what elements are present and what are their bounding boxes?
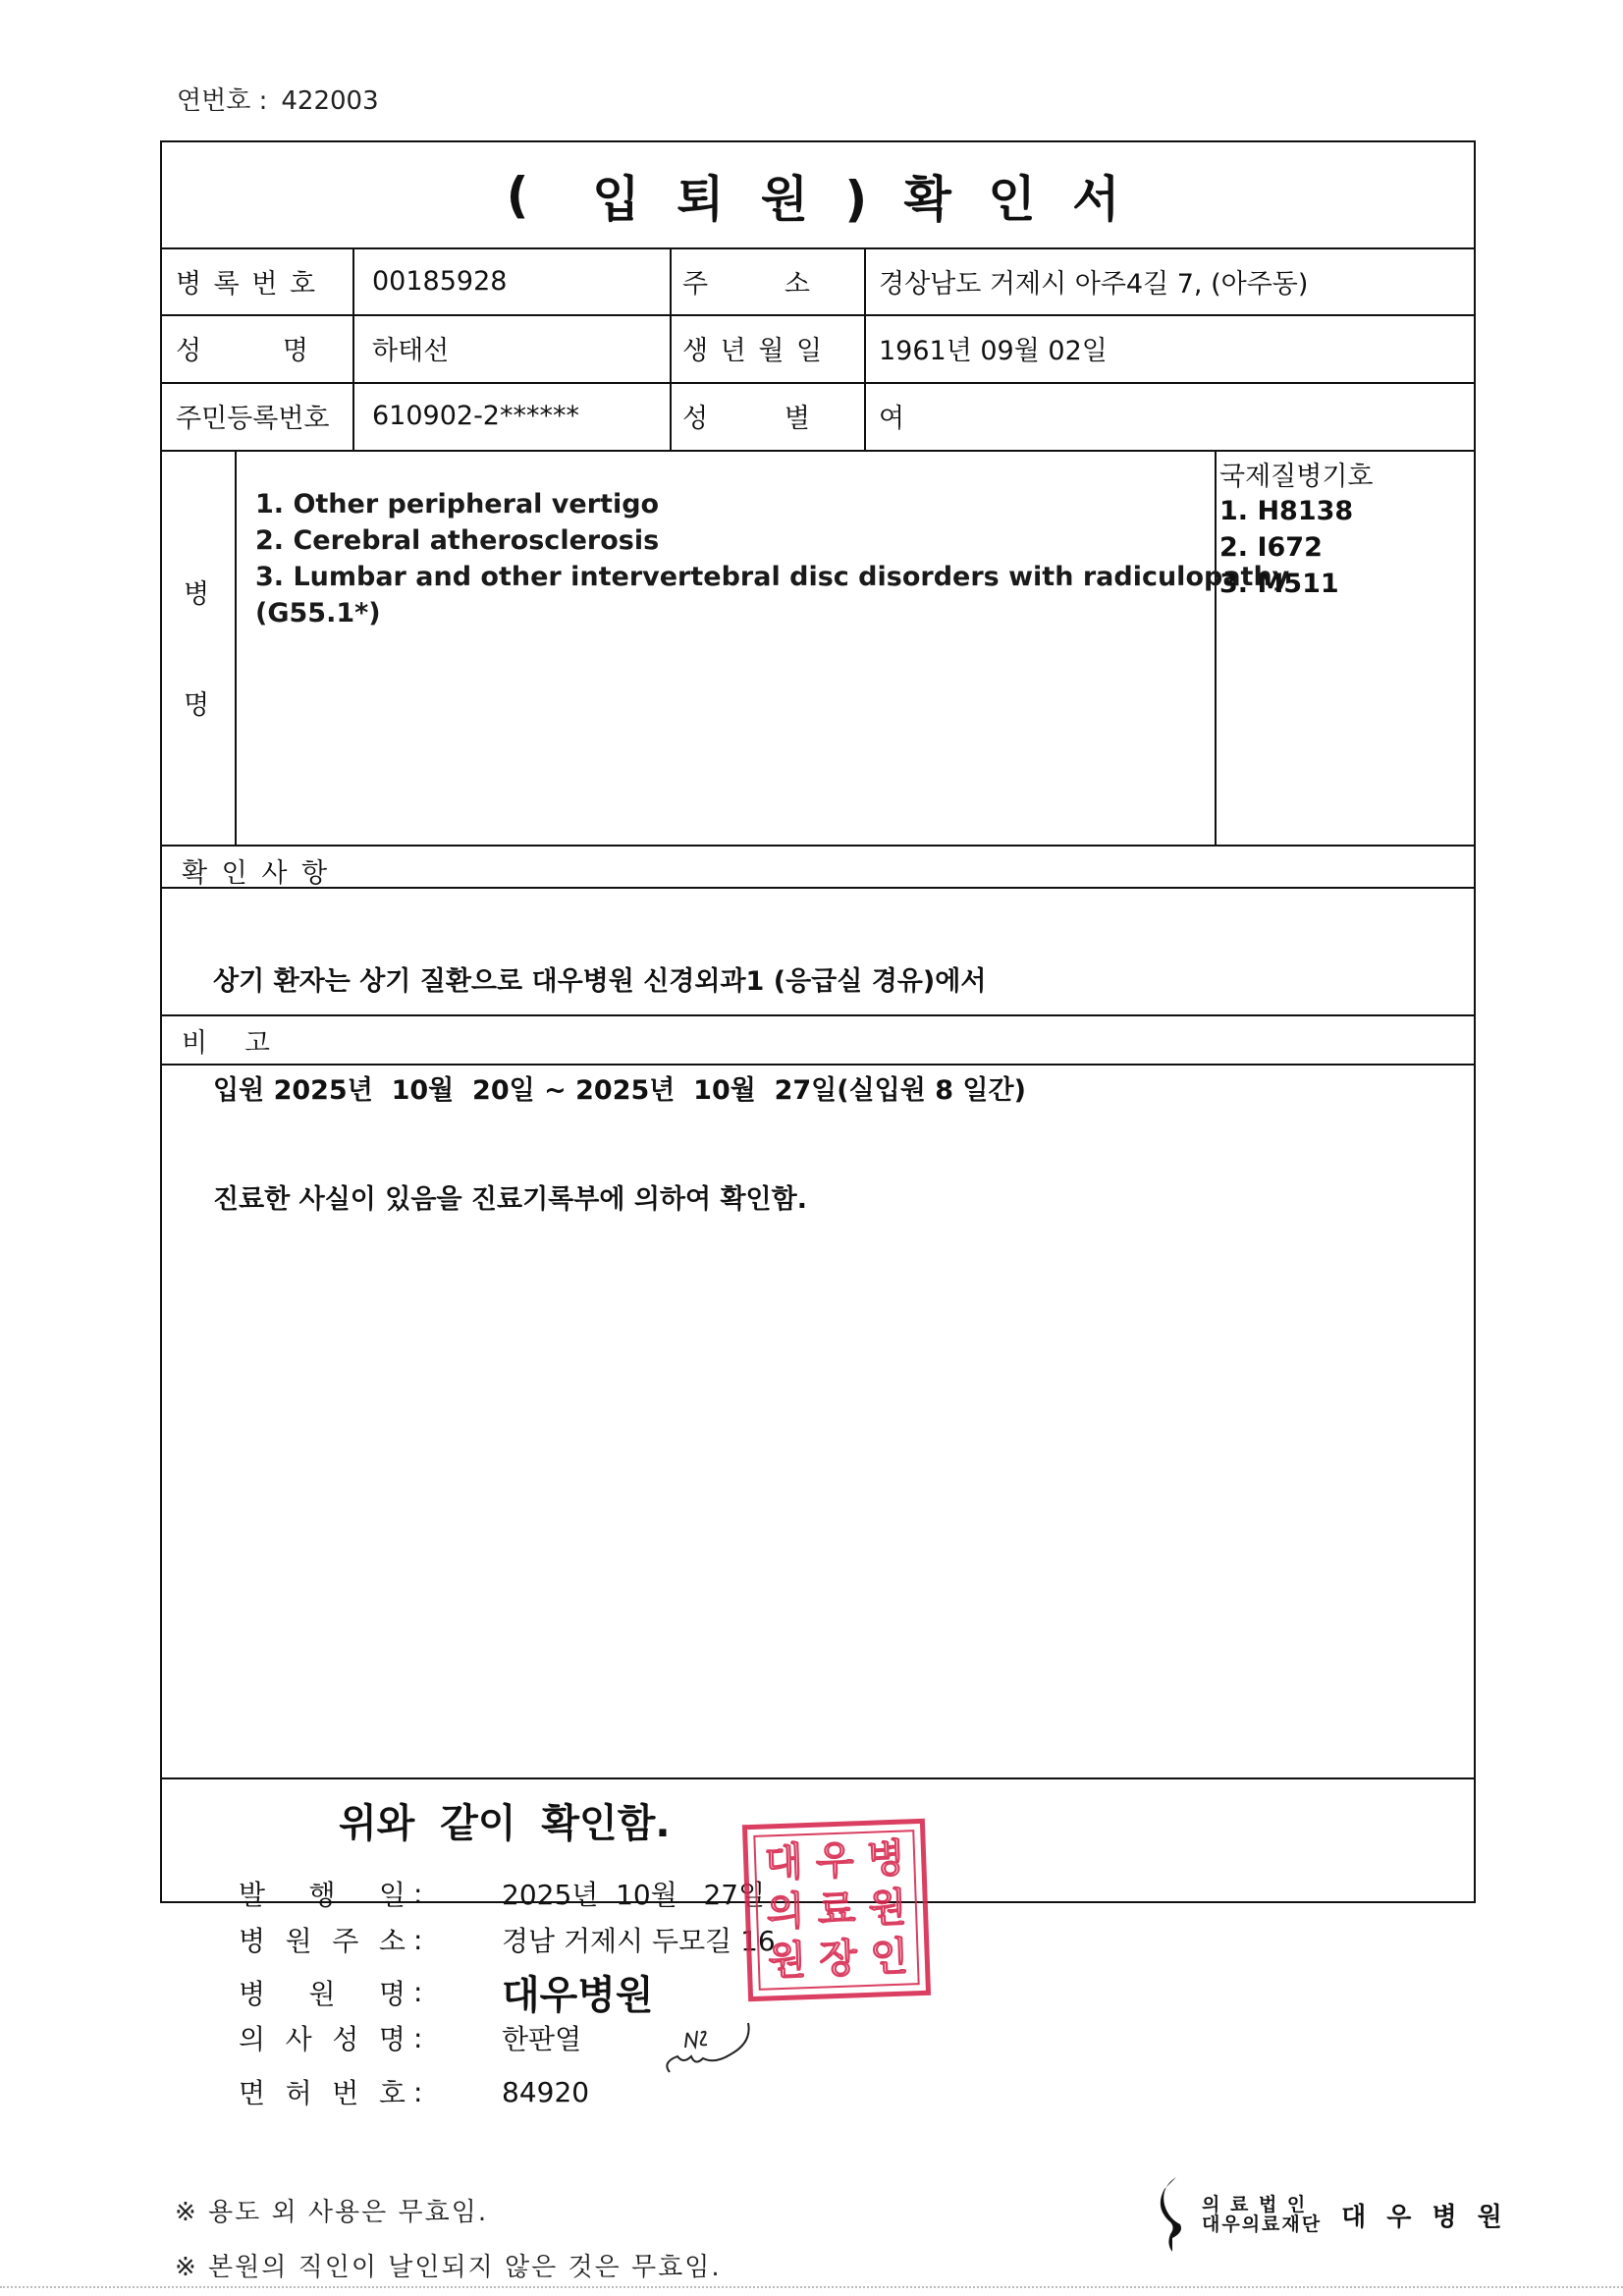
serial-value: 422003	[281, 86, 378, 116]
title-close: ) 확 인 서	[818, 160, 1129, 231]
rrn-value: 610902-2******	[372, 382, 579, 450]
hospital-seal-stamp: 대우병 의료원 원장인	[742, 1819, 931, 2001]
remarks-label: 비 고	[182, 1021, 273, 1060]
document-title: ( 입 퇴 원 ) 확 인 서	[162, 142, 1474, 247]
sex-value: 여	[879, 382, 904, 450]
icd-code-list: 1. H8138 2. I672 3. M511	[1219, 493, 1353, 602]
issue-date: 2025년 10월 27일	[502, 1874, 765, 1913]
dob-value: 1961년 09월 02일	[879, 314, 1108, 382]
diagnosis-list: 1. Other peripheral vertigo 2. Cerebral …	[255, 486, 1289, 631]
hospital-logo: 의 료 법 인 대우의료재단 대 우 병 원	[1159, 2175, 1508, 2254]
record-no-value: 00185928	[372, 247, 507, 314]
title-kind: 입 퇴 원	[592, 160, 818, 231]
address-value: 경상남도 거제시 아주4길 7, (아주동)	[879, 247, 1308, 314]
title-open: (	[507, 167, 593, 224]
hospital-address: 경남 거제시 두모길 16	[502, 1920, 776, 1959]
logo-hospital-name: 대 우 병 원	[1341, 2197, 1508, 2233]
serial-label: 연번호 :	[177, 86, 267, 116]
issue-date-row: 발행일 : 2025년 10월 27일	[239, 1874, 765, 1913]
diagnosis-item: (G55.1*)	[255, 595, 1289, 631]
name-value: 하태선	[372, 314, 449, 382]
page-edge	[0, 2286, 1623, 2288]
icd-label: 국제질병기호	[1219, 455, 1374, 493]
record-no-label: 병 록 번 호	[176, 247, 343, 314]
hospital-name-row: 병원명 : 대우병원	[239, 1964, 654, 2020]
hospital-logo-mark-icon	[1159, 2175, 1188, 2254]
license-no: 84920	[502, 2076, 589, 2108]
license-no-row: 면허번호 : 84920	[239, 2072, 589, 2111]
diagnosis-item: 3. Lumbar and other intervertebral disc …	[255, 559, 1289, 595]
hospital-name: 대우병원	[502, 1964, 654, 2020]
remarks-field	[162, 1066, 1474, 1777]
rrn-label: 주민등록번호	[176, 382, 330, 450]
diagnosis-item: 1. Other peripheral vertigo	[255, 486, 1289, 522]
dob-label: 생 년 월 일	[682, 314, 824, 382]
confirmation-label: 확 인 사 항	[182, 851, 330, 890]
serial-number: 연번호 :422003	[177, 81, 379, 117]
icd-code: 1. H8138	[1219, 493, 1353, 529]
name-label: 성명	[176, 314, 308, 382]
doctor-name-row: 의사성명 : 한판열	[239, 2018, 581, 2057]
confirmation-form: ( 입 퇴 원 ) 확 인 서 병 록 번 호 00185928 주소 경상남도…	[160, 140, 1476, 1903]
signoff-title: 위와 같이 확인함.	[339, 1792, 671, 1848]
doctor-signature	[658, 2013, 766, 2082]
icd-code: 3. M511	[1219, 566, 1353, 602]
footer-note-usage: ※ 용도 외 사용은 무효임.	[175, 2192, 488, 2228]
address-label: 주소	[682, 247, 810, 314]
icd-code: 2. I672	[1219, 529, 1353, 566]
footer-note-seal: ※ 본원의 직인이 날인되지 않은 것은 무효임.	[175, 2247, 722, 2283]
diagnosis-item: 2. Cerebral atherosclerosis	[255, 522, 1289, 559]
hospital-address-row: 병원주소 : 경남 거제시 두모길 16	[239, 1920, 776, 1959]
doctor-name: 한판열	[502, 2018, 581, 2057]
sex-label: 성별	[682, 382, 810, 450]
diagnosis-side-label: 병 명	[162, 450, 235, 843]
